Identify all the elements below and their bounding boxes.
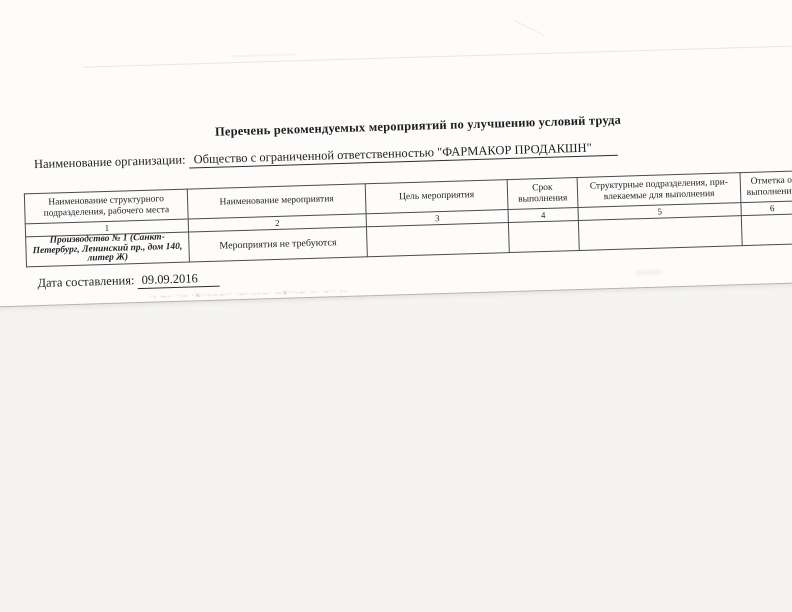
cell-involved-units <box>578 216 742 250</box>
scanned-document-page: Перечень рекомендуемых мероприятий по ул… <box>0 0 792 612</box>
cell-measure-goal <box>366 223 509 257</box>
cell-measure-name: Мероприятия не требуются <box>189 227 368 262</box>
date-value: 09.09.2016 <box>137 271 220 289</box>
cell-deadline <box>508 220 579 252</box>
col-header-involved-units: Структурные подразделения, при-влекаемые… <box>577 173 741 208</box>
scan-noise-speck <box>635 270 661 276</box>
paper-sheet-rotated: Перечень рекомендуемых мероприятий по ул… <box>0 0 792 612</box>
col-header-measure-goal: Цель мероприятия <box>365 180 508 214</box>
date-label: Дата составления: <box>37 273 134 290</box>
col-header-deadline: Срок выполнения <box>507 178 578 210</box>
col-header-structural-unit: Наименование структурного подразделения,… <box>24 189 188 224</box>
col-header-completion-mark: Отметка о выполнении <box>740 171 792 203</box>
cell-completion-mark <box>741 214 792 245</box>
cell-structural-unit: Производство № 1 (Санкт-Петербург, Ленин… <box>26 232 190 266</box>
